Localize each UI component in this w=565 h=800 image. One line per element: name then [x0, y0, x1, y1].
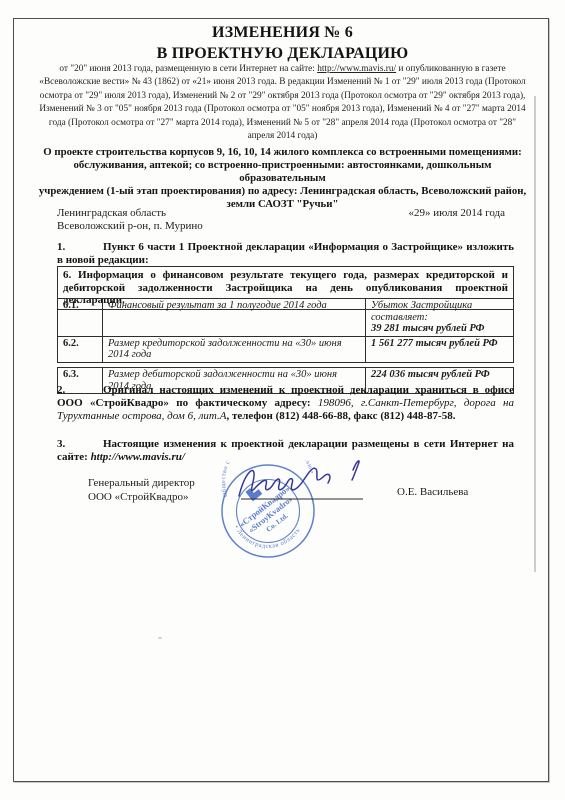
title-line-1: ИЗМЕНЕНИЯ № 6 [0, 22, 565, 43]
title-line-2: В ПРОЕКТНУЮ ДЕКЛАРАЦИЮ [0, 43, 565, 64]
place-line-2: Всеволожский р-он, п. Мурино [57, 220, 357, 233]
signatory-role: Генеральный директор ООО «СтройКвадро» [88, 476, 195, 504]
about-line-3: учреждением (1-ый этап проектирования) п… [30, 185, 535, 198]
row-62-number: 6.2. [58, 336, 103, 362]
clause-2-number: 2. [57, 384, 103, 397]
scan-artifact-speck [158, 637, 162, 639]
row-61-value: Убыток Застройщика составляет: 39 281 ты… [366, 299, 514, 337]
intro-line1-pre: от "20" июня 2013 года, размещенную в се… [59, 64, 317, 74]
document-title: ИЗМЕНЕНИЯ № 6 В ПРОЕКТНУЮ ДЕКЛАРАЦИЮ [0, 22, 565, 64]
row-62-value: 1 561 277 тысяч рублей РФ [366, 336, 514, 362]
row-61-value-line2: составляет: [371, 312, 508, 324]
clause-3-url[interactable]: http://www.mavis.ru/ [91, 451, 185, 463]
document-date: «29» июля 2014 года [408, 207, 505, 220]
intro-line1-post: и опубликованную в газете [396, 64, 505, 74]
signatory-role-line1: Генеральный директор [88, 476, 195, 490]
clause-1: 1.Пункт 6 части 1 Проектной декларации «… [57, 241, 514, 267]
row-61-value-line1: Убыток Застройщика [371, 300, 508, 312]
declaration-table: 6.1. Финансовый результат за 1 полугодие… [57, 298, 514, 394]
project-description: О проекте строительства корпусов 9, 16, … [30, 146, 535, 211]
table-rows-61-62: 6.1. Финансовый результат за 1 полугодие… [57, 298, 514, 363]
clause-2-bold-end: , телефон (812) 448-66-88, факс (812) 44… [226, 410, 455, 422]
table-row: 6.1. Финансовый результат за 1 полугодие… [58, 299, 514, 337]
row-61-number: 6.1. [58, 299, 103, 337]
row-61-value-line3: 39 281 тысяч рублей РФ [371, 323, 508, 335]
handwritten-signature [225, 452, 385, 514]
intro-line-2: «Всеволожские вести» № 43 (1862) от «21»… [30, 76, 535, 89]
row-62-label: Размер кредиторской задолженности на «30… [103, 336, 366, 362]
signatory-name: О.Е. Васильева [397, 486, 468, 498]
intro-line-6: апреля 2014 года) [30, 130, 535, 143]
about-line-2: обслуживания, аптекой; со встроенно-прис… [30, 159, 535, 185]
row-61-label: Финансовый результат за 1 полугодие 2014… [103, 299, 366, 337]
intro-line-4: Изменений № 3 от "05" ноября 2013 года (… [30, 103, 535, 116]
clause-2: 2.Оригинал настоящих изменений к проектн… [57, 384, 514, 423]
intro-line-5: года (Протокол осмотра от "27" марта 201… [30, 117, 535, 130]
place-line-1: Ленинградская область [57, 207, 357, 220]
clause-3-number: 3. [57, 438, 103, 451]
intro-line-1: от "20" июня 2013 года, размещенную в се… [30, 63, 535, 76]
place-block: Ленинградская область Всеволожский р-он,… [57, 207, 357, 233]
table-row: 6.2. Размер кредиторской задолженности н… [58, 336, 514, 362]
scanned-document-page: ИЗМЕНЕНИЯ № 6 В ПРОЕКТНУЮ ДЕКЛАРАЦИЮ от … [0, 0, 565, 800]
clause-1-text: Пункт 6 части 1 Проектной декларации «Ин… [57, 241, 514, 266]
clause-1-number: 1. [57, 241, 103, 254]
intro-paragraph: от "20" июня 2013 года, размещенную в се… [30, 63, 535, 143]
signature-ink [239, 461, 359, 496]
signatory-role-line2: ООО «СтройКвадро» [88, 490, 195, 504]
intro-site-link[interactable]: http://www.mavis.ru/ [317, 64, 396, 74]
about-line-1: О проекте строительства корпусов 9, 16, … [30, 146, 535, 159]
intro-line-3: осмотра от "29" июля 2013 года), Изменен… [30, 90, 535, 103]
